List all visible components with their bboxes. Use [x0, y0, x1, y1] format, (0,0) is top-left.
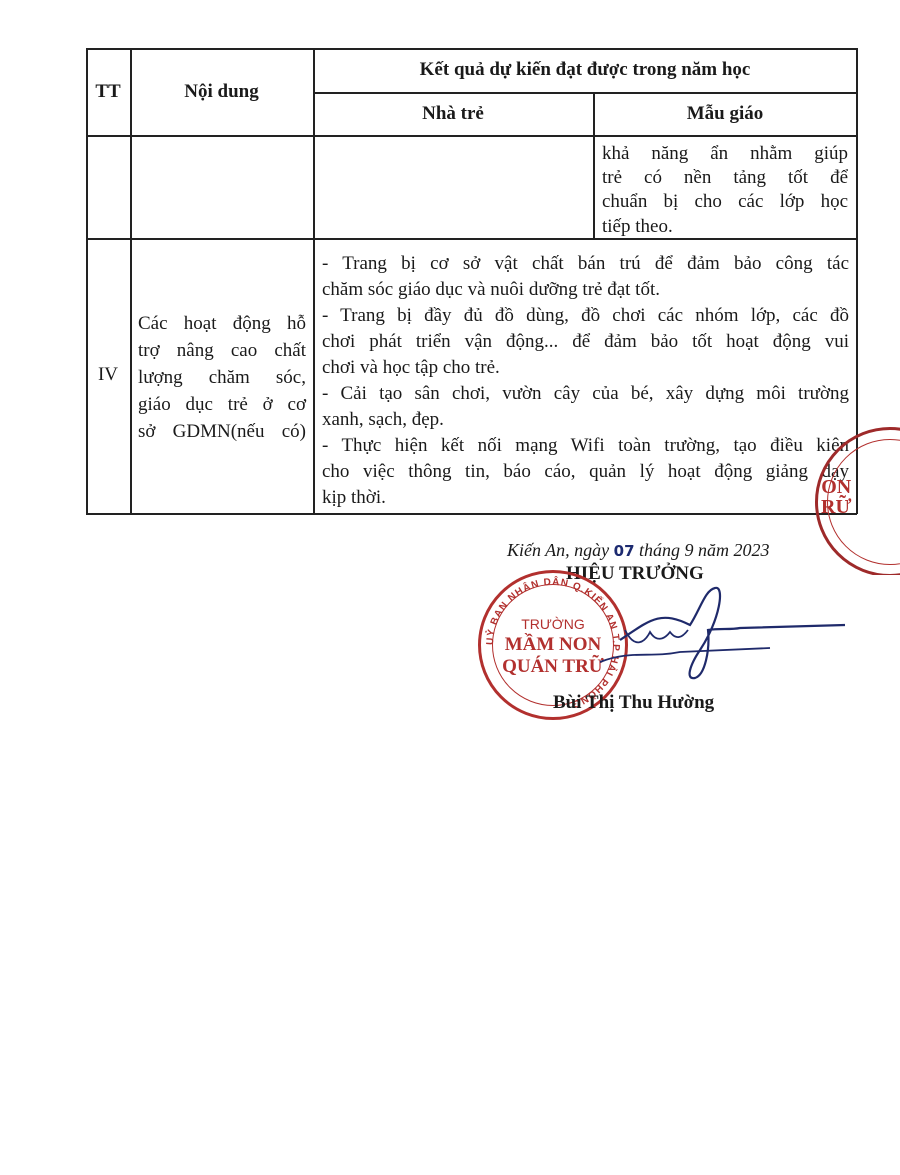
- text-line: trợ nâng cao chất: [138, 337, 306, 364]
- text-line: chăm sóc giáo dục và nuôi dưỡng trẻ đạt …: [322, 277, 849, 303]
- signature-scribble: [590, 580, 850, 690]
- text-line: giáo dục trẻ ở cơ: [138, 391, 306, 418]
- header-tt: TT: [86, 48, 130, 135]
- row2-tt: IV: [86, 238, 130, 513]
- text-line: - Trang bị cơ sở vật chất bán trú để đảm…: [322, 251, 849, 277]
- text-line: kịp thời.: [322, 485, 849, 511]
- place-date-prefix: Kiến An, ngày: [507, 540, 609, 560]
- text-line: khả năng ẩn nhằm giúp: [602, 142, 848, 166]
- text-line: tiếp theo.: [602, 215, 848, 239]
- text-line: - Thực hiện kết nối mạng Wifi toàn trườn…: [322, 433, 849, 459]
- text-line: xanh, sạch, đẹp.: [322, 407, 849, 433]
- text-line: sở GDMN(nếu có): [138, 418, 306, 445]
- text-line: trẻ có nền tảng tốt để: [602, 166, 848, 190]
- text-line: chuẩn bị cho các lớp học: [602, 190, 848, 214]
- stamp-text: ON: [821, 477, 851, 497]
- text-line: cho việc thông tin, báo cáo, quản lý hoạ…: [322, 459, 849, 485]
- text-line: Các hoạt động hỗ: [138, 310, 306, 337]
- row1-mau-giao: khả năng ẩn nhằm giúp trẻ có nền tảng tố…: [602, 142, 848, 239]
- place-date-suffix: tháng 9 năm 2023: [639, 540, 770, 560]
- text-line: - Cải tạo sân chơi, vườn cây của bé, xây…: [322, 381, 849, 407]
- signer-name: Bùi Thị Thu Hường: [553, 692, 714, 714]
- header-nha-tre: Nhà trẻ: [313, 92, 593, 135]
- place-date: Kiến An, ngày 07 tháng 9 năm 2023: [507, 540, 770, 561]
- text-line: lượng chăm sóc,: [138, 364, 306, 391]
- plan-table: TT Nội dung Kết quả dự kiến đạt được tro…: [86, 48, 857, 513]
- header-mau-giao: Mẫu giáo: [593, 92, 857, 135]
- text-line: - Trang bị đầy đủ đồ dùng, đồ chơi các n…: [322, 303, 849, 329]
- header-noi-dung: Nội dung: [130, 48, 313, 135]
- row2-ket-qua: - Trang bị cơ sở vật chất bán trú để đảm…: [322, 251, 849, 511]
- row2-noi-dung: Các hoạt động hỗ trợ nâng cao chất lượng…: [138, 310, 306, 445]
- day-handwritten: 07: [614, 542, 635, 560]
- edge-stamp: ON RỮ: [815, 425, 900, 575]
- text-line: chơi và học tập cho trẻ.: [322, 355, 849, 381]
- text-line: chơi phát triển vận động... để đảm bảo t…: [322, 329, 849, 355]
- table-border-bottom: [86, 513, 857, 515]
- stamp-text: RỮ: [821, 497, 851, 517]
- header-ket-qua: Kết quả dự kiến đạt được trong năm học: [313, 48, 857, 92]
- header-bottom-line: [86, 135, 857, 137]
